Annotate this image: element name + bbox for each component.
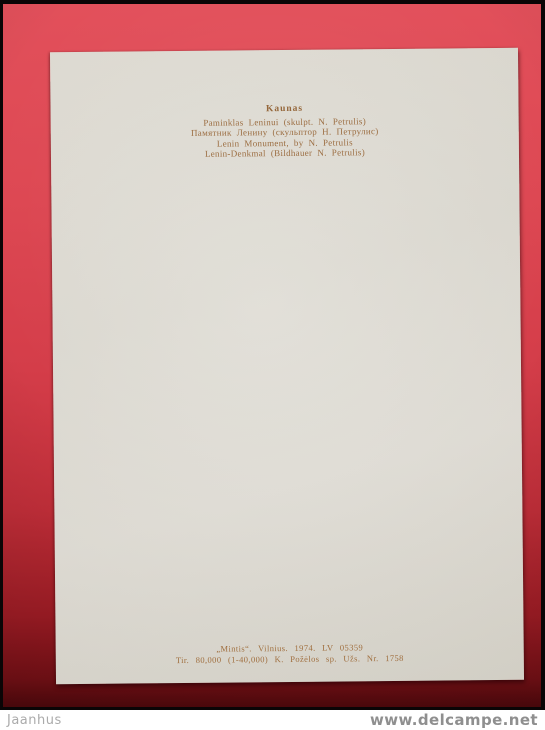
caption-block: Kaunas Paminklas Leninui (skulpt. N. Pet…	[50, 102, 519, 161]
watermark-bar: Jaanhus www.delcampe.net	[0, 710, 545, 730]
postcard-photo-frame: Kaunas Paminklas Leninui (skulpt. N. Pet…	[0, 0, 545, 710]
delcampe-watermark: www.delcampe.net	[370, 711, 538, 729]
imprint-block: „Mintis“. Vilnius. 1974. LV 05359 Tir. 8…	[56, 641, 524, 666]
red-background: Kaunas Paminklas Leninui (skulpt. N. Pet…	[3, 4, 541, 707]
screenshot-root: Kaunas Paminklas Leninui (skulpt. N. Pet…	[0, 0, 545, 730]
postcard-back: Kaunas Paminklas Leninui (skulpt. N. Pet…	[50, 48, 524, 684]
seller-watermark: Jaanhus	[7, 713, 62, 728]
